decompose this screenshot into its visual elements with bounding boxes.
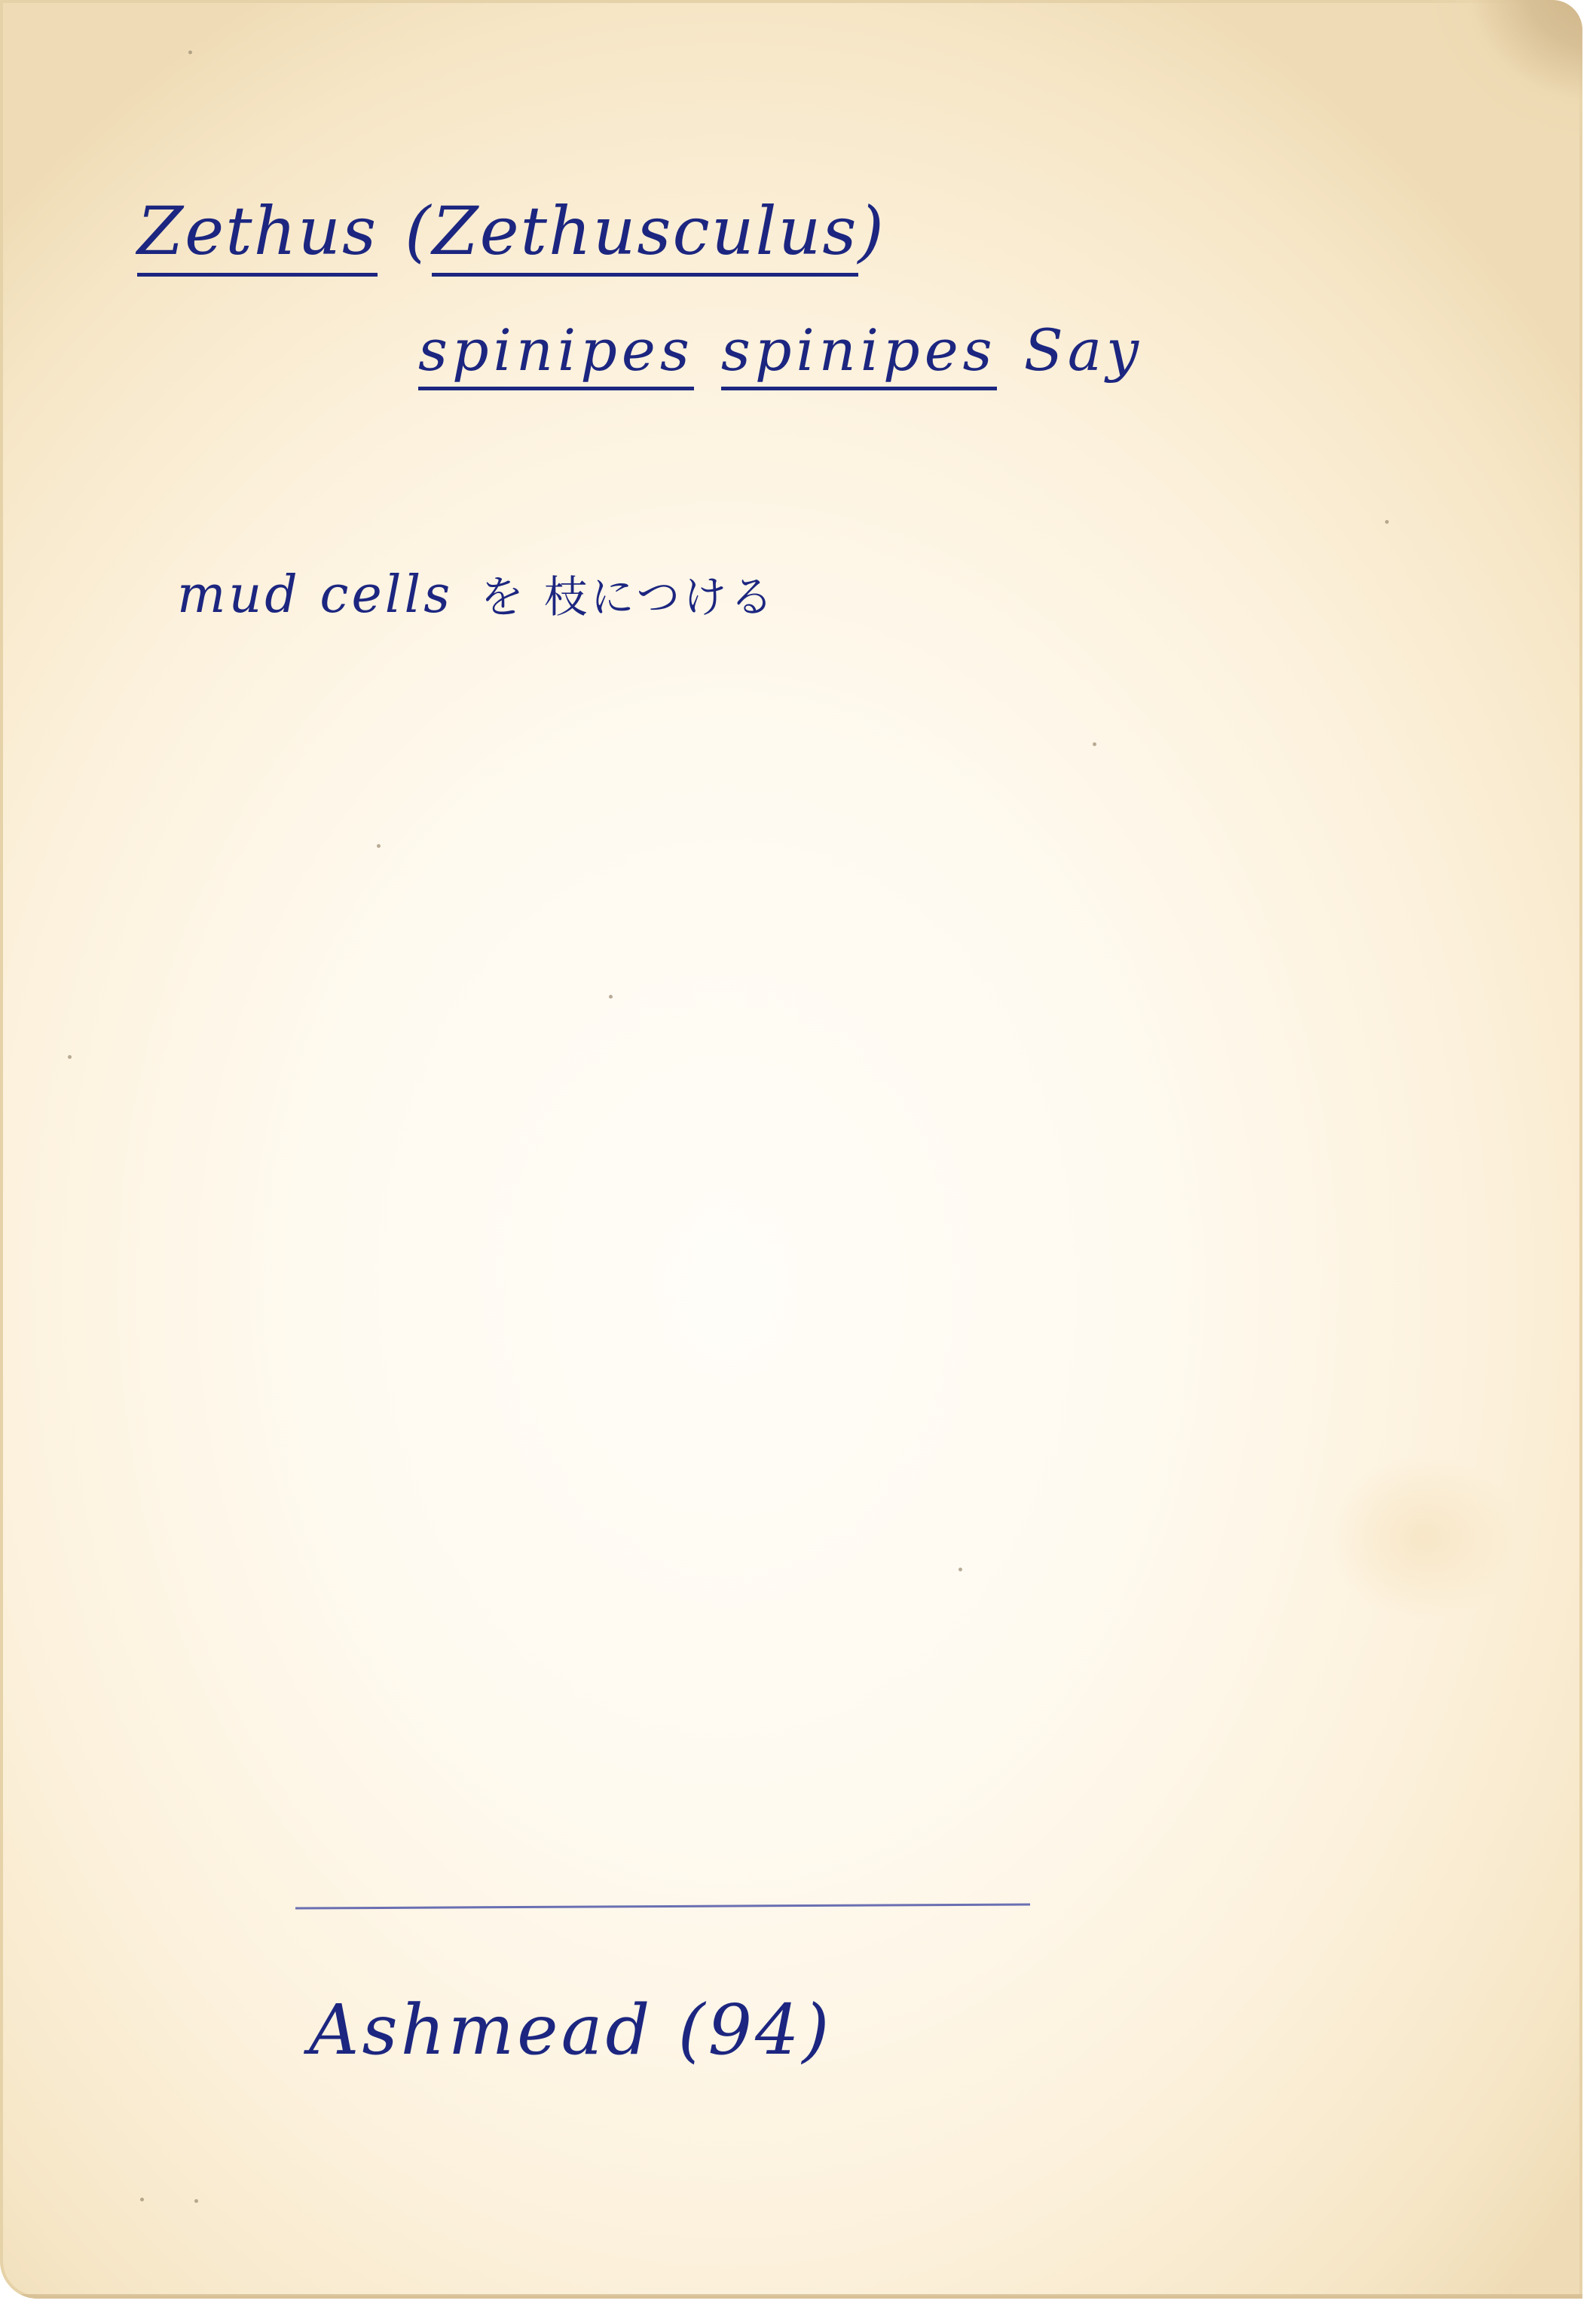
separator-line: [295, 1903, 1030, 1909]
water-stain: [1326, 1455, 1522, 1620]
habit-note-line: mud cellsを 枝につける: [177, 561, 776, 625]
subspecies-name: spinipes: [721, 317, 997, 390]
speck: [377, 844, 381, 848]
card-bottom-edge: [0, 2294, 1582, 2299]
speck: [68, 1055, 72, 1059]
subgenus-underlined: Zethusculus: [432, 192, 858, 277]
author-name: Say: [1024, 317, 1143, 384]
subgenus-name: (Zethusculus): [405, 192, 885, 277]
habit-note-en: mud cells: [177, 565, 453, 625]
speck: [609, 995, 613, 999]
reference-line: Ashmead (94): [309, 1990, 832, 2070]
species-name: spinipes: [418, 317, 694, 390]
speck: [140, 2198, 144, 2201]
index-card: Zethus(Zethusculus) spinipesspinipesSay …: [0, 0, 1582, 2299]
speck: [188, 50, 192, 54]
speck: [1093, 742, 1096, 746]
taxon-genus-line: Zethus(Zethusculus): [137, 192, 885, 270]
taxon-species-line: spinipesspinipesSay: [418, 317, 1143, 384]
genus-name: Zethus: [137, 192, 378, 277]
habit-note-jp: を 枝につける: [480, 571, 776, 623]
corner-stain: [1432, 0, 1582, 136]
speck: [1385, 520, 1389, 524]
speck: [959, 1568, 962, 1571]
speck: [194, 2199, 198, 2203]
